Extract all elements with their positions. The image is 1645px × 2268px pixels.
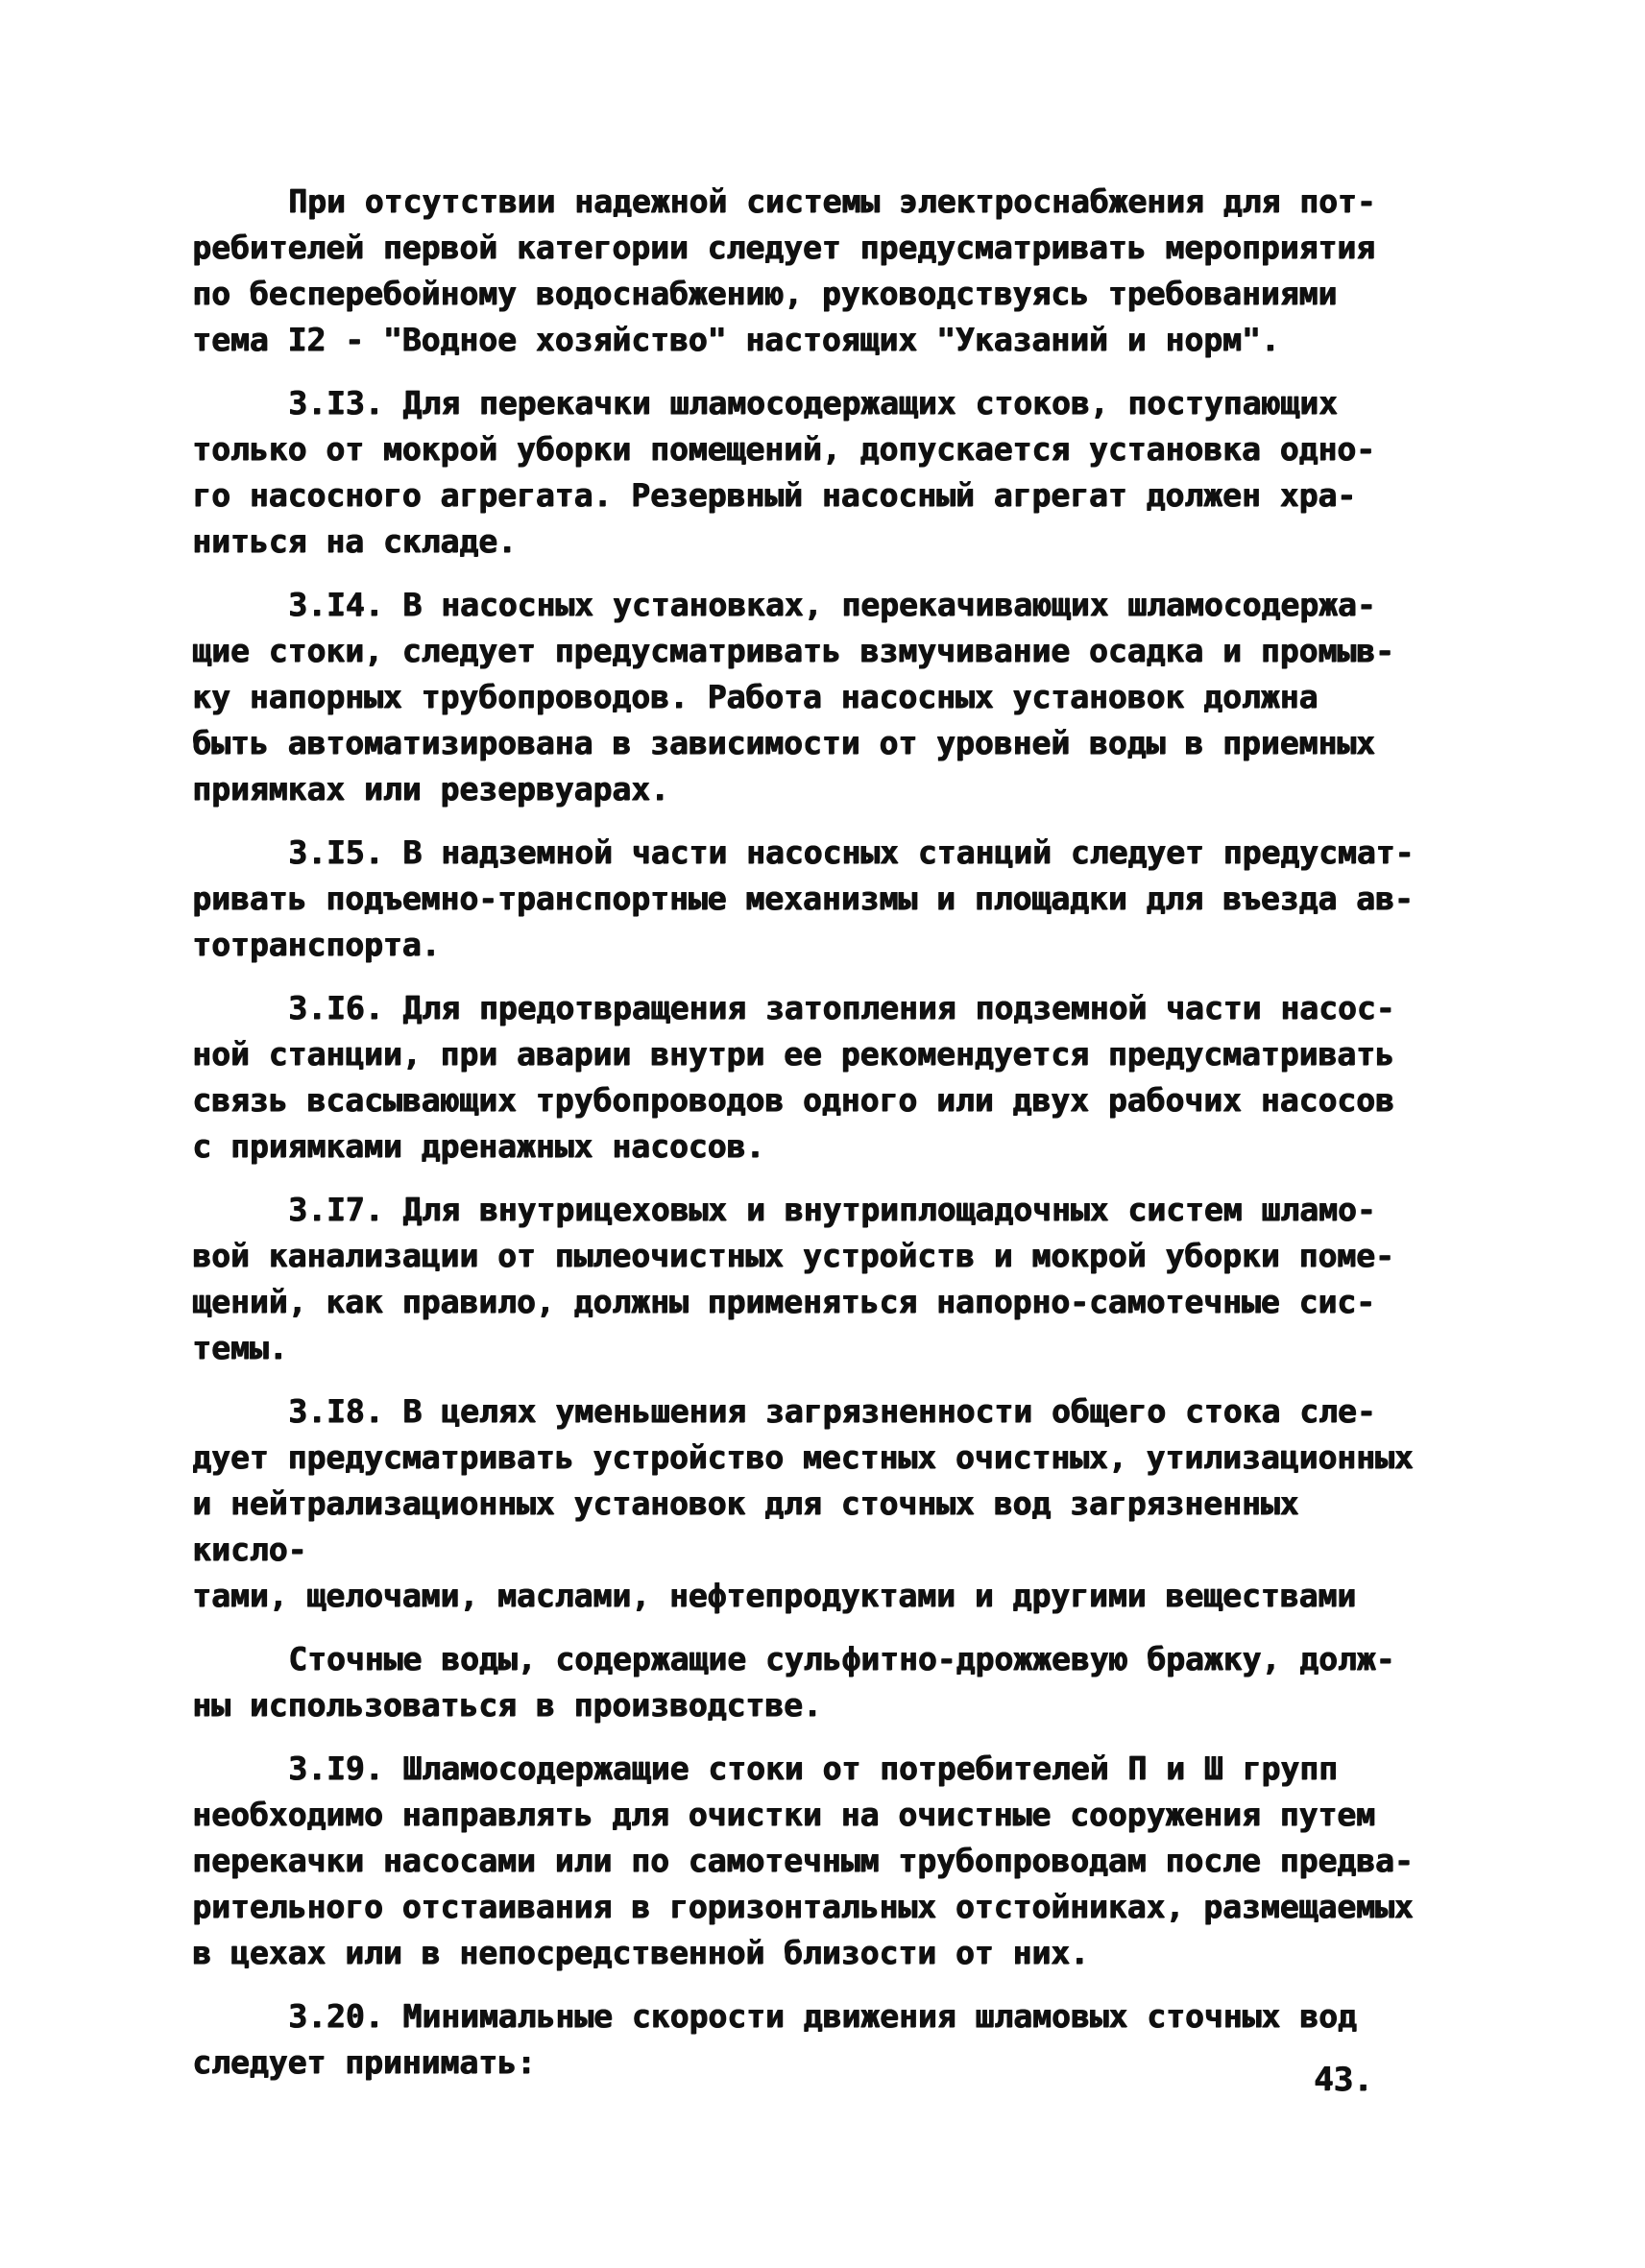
paragraph-3-14: 3.I4. В насосных установках, перекачиваю…	[192, 582, 1431, 812]
page-number: 43.	[1314, 2061, 1372, 2099]
paragraph-3-13: 3.I3. Для перекачки шламосодержащих сток…	[192, 380, 1431, 565]
document-text-block: При отсутствии надежной системы электрос…	[192, 179, 1431, 2103]
paragraph-3-18: 3.I8. В целях уменьшения загрязненности …	[192, 1388, 1431, 1619]
paragraph-sulfite-note: Сточные воды, содержащие сульфитно-дрожж…	[192, 1636, 1431, 1728]
paragraph-3-20: 3.20. Минимальные скорости движения шлам…	[192, 1993, 1431, 2086]
paragraph-intro-power-supply: При отсутствии надежной системы электрос…	[192, 179, 1431, 363]
paragraph-3-17: 3.I7. Для внутрицеховых и внутриплощадоч…	[192, 1187, 1431, 1371]
scanned-document-page: При отсутствии надежной системы электрос…	[0, 0, 1645, 2268]
paragraph-3-19: 3.I9. Шламосодержащие стоки от потребите…	[192, 1746, 1431, 1976]
paragraph-3-15: 3.I5. В надземной части насосных станций…	[192, 830, 1431, 968]
paragraph-3-16: 3.I6. Для предотвращения затопления подз…	[192, 985, 1431, 1170]
